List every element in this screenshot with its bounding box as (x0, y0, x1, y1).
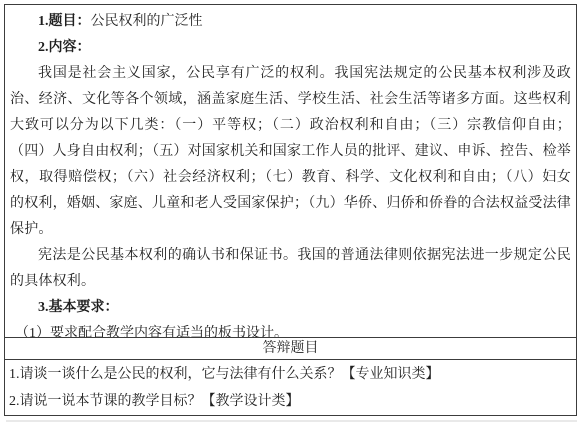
constitution-paragraph: 宪法是公民基本权利的确认书和保证书。我国的普通法律则依据宪法进一步规定公民的具体… (10, 243, 571, 295)
content-paragraph: 我国是社会主义国家，公民享有广泛的权利。我国宪法规定的公民基本权利涉及政治、经济… (10, 61, 571, 243)
interview-card-table: 1.题目：公民权利的广泛性 2.内容： 我国是社会主义国家，公民享有广泛的权利。… (4, 4, 577, 416)
defense-header-cell: 答辩题目 (5, 337, 576, 360)
requirement-item: （1）要求配合教学内容有适当的板书设计。 (10, 321, 571, 337)
topic-label: 1.题目： (38, 14, 91, 29)
defense-question: 2.请说一说本节课的教学目标？【教学设计类】 (9, 389, 571, 416)
defense-question: 1.请谈一谈什么是公民的权利，它与法律有什么关系？【专业知识类】 (9, 362, 571, 389)
content-label-line: 2.内容： (10, 35, 571, 61)
topic-title: 公民权利的广泛性 (91, 14, 203, 29)
bottom-edge-shade (6, 420, 577, 422)
topic-line: 1.题目：公民权利的广泛性 (10, 9, 571, 35)
content-label: 2.内容： (38, 40, 91, 55)
requirements-label: 3.基本要求： (38, 300, 119, 315)
defense-questions-cell: 1.请谈一谈什么是公民的权利，它与法律有什么关系？【专业知识类】 2.请说一说本… (5, 360, 576, 415)
requirements-label-line: 3.基本要求： (10, 295, 571, 321)
lecture-task-cell: 1.题目：公民权利的广泛性 2.内容： 我国是社会主义国家，公民享有广泛的权利。… (5, 5, 576, 337)
